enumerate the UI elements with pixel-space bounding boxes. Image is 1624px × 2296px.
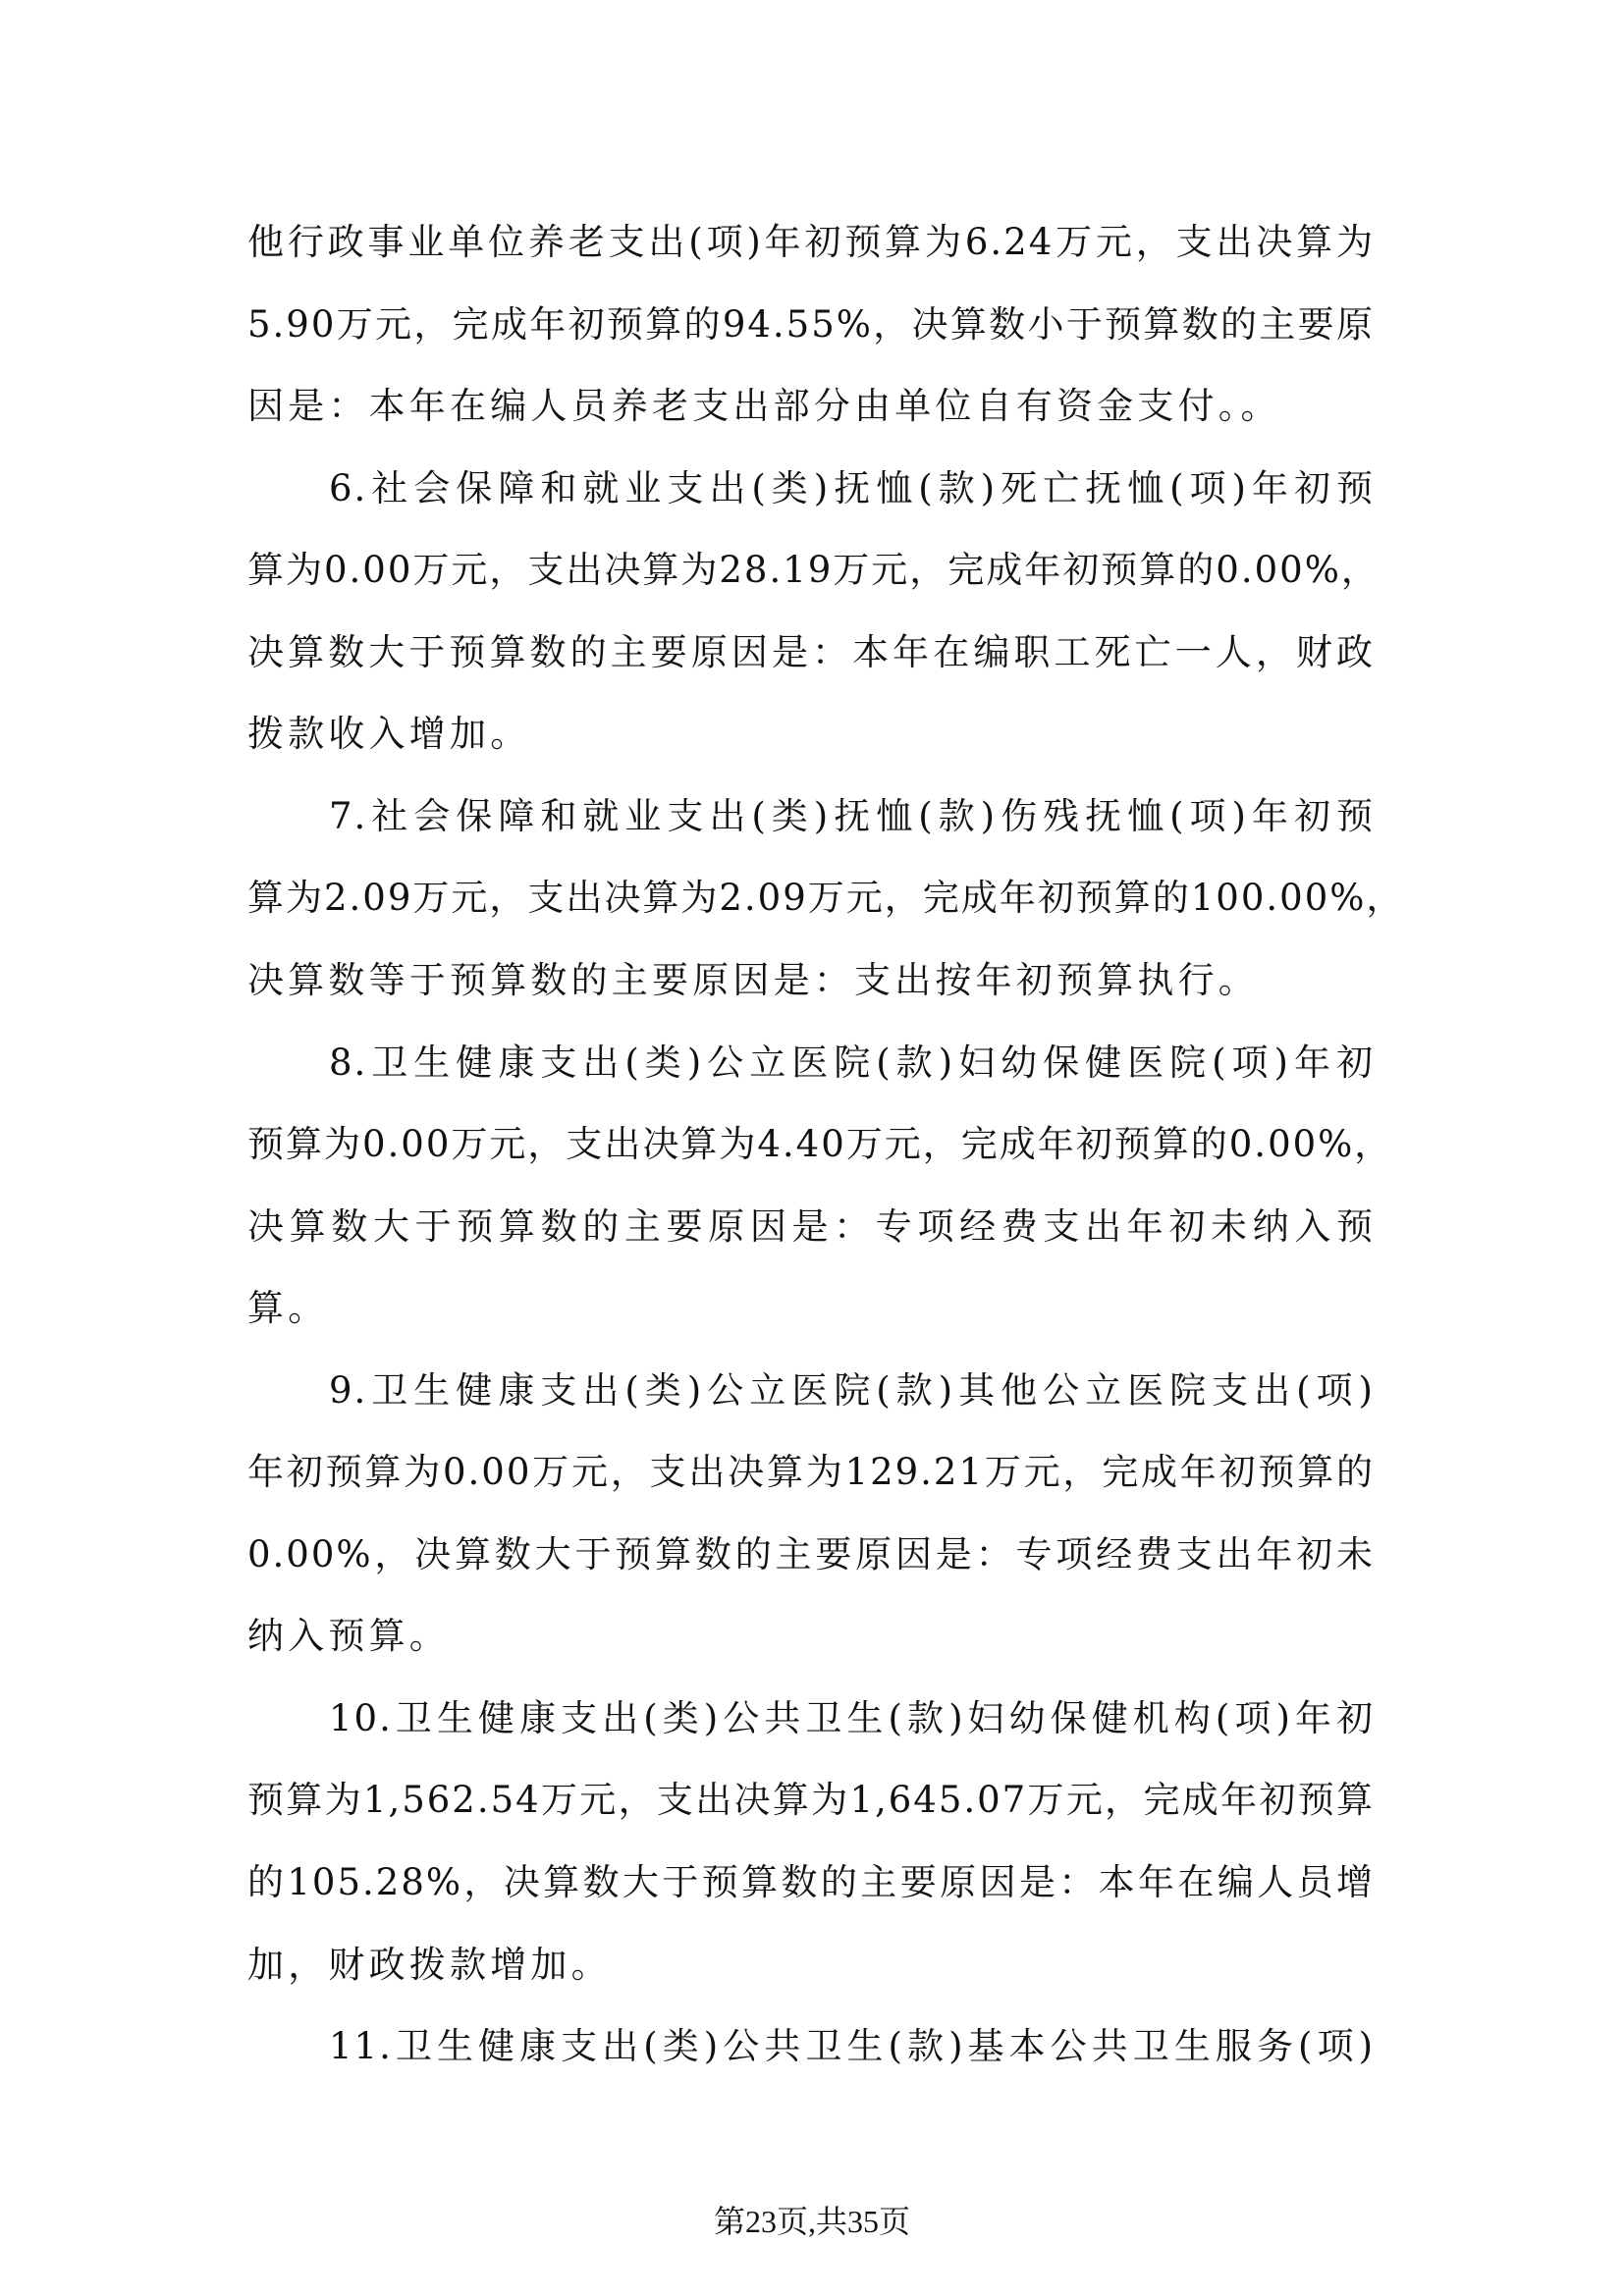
text-line: 8.卫生健康支出(类)公立医院(款)妇幼保健医院(项)年初 xyxy=(329,1039,1375,1088)
text-line: 的105.28%，决算数大于预算数的主要原因是：本年在编人员增 xyxy=(247,1858,1375,1907)
text-line: 决算数等于预算数的主要原因是：支出按年初预算执行。 xyxy=(247,956,1375,1005)
text-line: 拨款收入增加。 xyxy=(247,710,1375,759)
text-line: 10.卫生健康支出(类)公共卫生(款)妇幼保健机构(项)年初 xyxy=(329,1694,1375,1743)
text-line: 决算数大于预算数的主要原因是：专项经费支出年初未纳入预 xyxy=(247,1202,1375,1252)
text-line: 预算为1,562.54万元，支出决算为1,645.07万元，完成年初预算 xyxy=(247,1776,1375,1825)
text-line: 5.90万元，完成年初预算的94.55%，决算数小于预算数的主要原 xyxy=(247,300,1375,349)
text-line: 算为0.00万元，支出决算为28.19万元，完成年初预算的0.00%， xyxy=(247,546,1375,595)
text-line: 预算为0.00万元，支出决算为4.40万元，完成年初预算的0.00%， xyxy=(247,1120,1375,1169)
text-line: 算为2.09万元，支出决算为2.09万元，完成年初预算的100.00%， xyxy=(247,874,1375,923)
text-line: 0.00%，决算数大于预算数的主要原因是：专项经费支出年初未 xyxy=(247,1530,1375,1579)
text-line: 9.卫生健康支出(类)公立医院(款)其他公立医院支出(项) xyxy=(329,1366,1375,1415)
text-line: 算。 xyxy=(247,1284,1375,1333)
text-line: 纳入预算。 xyxy=(247,1612,1375,1661)
text-line: 决算数大于预算数的主要原因是：本年在编职工死亡一人，财政 xyxy=(247,628,1375,677)
text-line: 7.社会保障和就业支出(类)抚恤(款)伤残抚恤(项)年初预 xyxy=(329,792,1375,841)
text-line: 年初预算为0.00万元，支出决算为129.21万元，完成年初预算的 xyxy=(247,1448,1375,1497)
text-line: 11.卫生健康支出(类)公共卫生(款)基本公共卫生服务(项) xyxy=(329,2022,1375,2071)
text-line: 加，财政拨款增加。 xyxy=(247,1941,1375,1990)
text-line: 他行政事业单位养老支出(项)年初预算为6.24万元，支出决算为 xyxy=(247,218,1375,267)
text-line: 6.社会保障和就业支出(类)抚恤(款)死亡抚恤(项)年初预 xyxy=(329,464,1375,513)
text-line: 因是：本年在编人员养老支出部分由单位自有资金支付。。 xyxy=(247,382,1375,431)
page-number-footer: 第23页,共35页 xyxy=(0,2199,1624,2244)
document-page: 他行政事业单位养老支出(项)年初预算为6.24万元，支出决算为 5.90万元，完… xyxy=(0,0,1624,2296)
